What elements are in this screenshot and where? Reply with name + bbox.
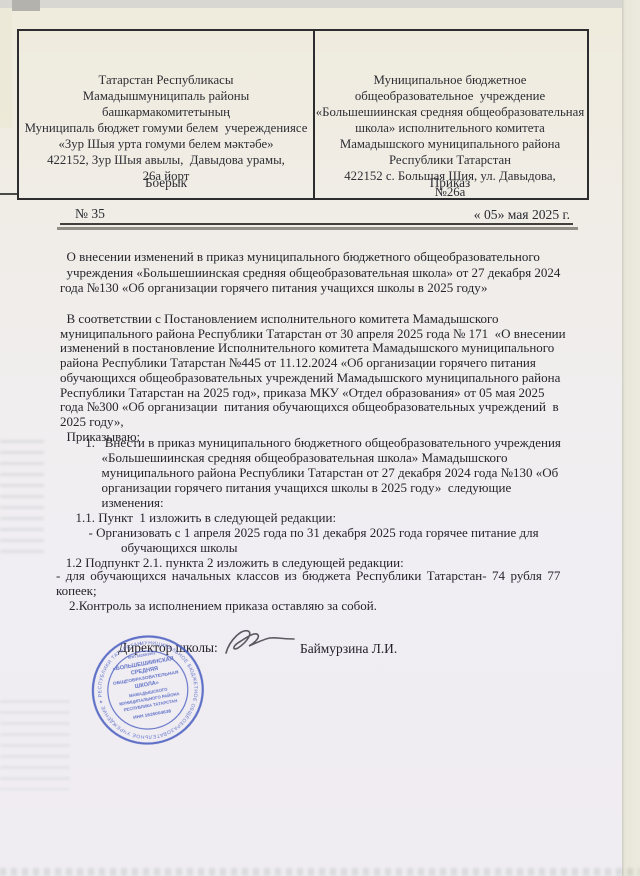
table-edge-line xyxy=(0,193,17,195)
stamp-kpp: КПП 162601001 xyxy=(128,651,156,660)
scanned-order-document: { "header": { "left_cell": { "text": "Та… xyxy=(0,0,640,876)
stamp-inn: ИНН 1626004638 xyxy=(133,708,172,721)
letterhead-tatar-doc-type: Боерык xyxy=(19,175,313,191)
order-subject: О внесении изменений в приказ муниципаль… xyxy=(60,249,560,296)
horizontal-rule-dark xyxy=(60,223,573,225)
handwritten-signature xyxy=(220,626,298,660)
letterhead-russian-doc-type: Приказ xyxy=(315,175,585,191)
letterhead-russian-cell: Муниципальное бюджетное общеобразователь… xyxy=(315,31,585,198)
order-number: № 35 xyxy=(75,206,105,222)
letterhead-tatar-cell: Татарстан Республикасы Мамадышмуниципаль… xyxy=(19,31,315,198)
scan-top-band xyxy=(0,0,640,8)
scan-left-band xyxy=(0,8,12,128)
order-funding-clause: - для обучающихся начальных классов из б… xyxy=(56,568,560,598)
order-control-clause: 2.Контроль за исполнением приказа оставл… xyxy=(56,598,377,613)
scan-right-band xyxy=(622,0,640,876)
letterhead-tatar-text: Татарстан Республикасы Мамадышмуниципаль… xyxy=(19,72,313,184)
bleed-through-bottom-strip xyxy=(0,868,640,876)
order-preamble: В соответствии с Постановлением исполнит… xyxy=(60,312,566,444)
official-round-stamp: МУНИЦИПАЛЬНОЕ БЮДЖЕТНОЕ ОБЩЕОБРАЗОВАТЕЛЬ… xyxy=(79,623,217,758)
order-date: « 05» мая 2025 г. xyxy=(380,207,570,223)
signature-name: Баймурзина Л.И. xyxy=(300,641,397,657)
bleed-through-artifact xyxy=(0,700,70,790)
scan-corner-mark xyxy=(12,0,40,11)
letterhead-table: Татарстан Республикасы Мамадышмуниципаль… xyxy=(17,29,589,200)
horizontal-rule-grey xyxy=(57,227,578,230)
bleed-through-artifact xyxy=(0,440,44,560)
order-items: 1. Внести в приказ муниципального бюджет… xyxy=(56,435,561,570)
